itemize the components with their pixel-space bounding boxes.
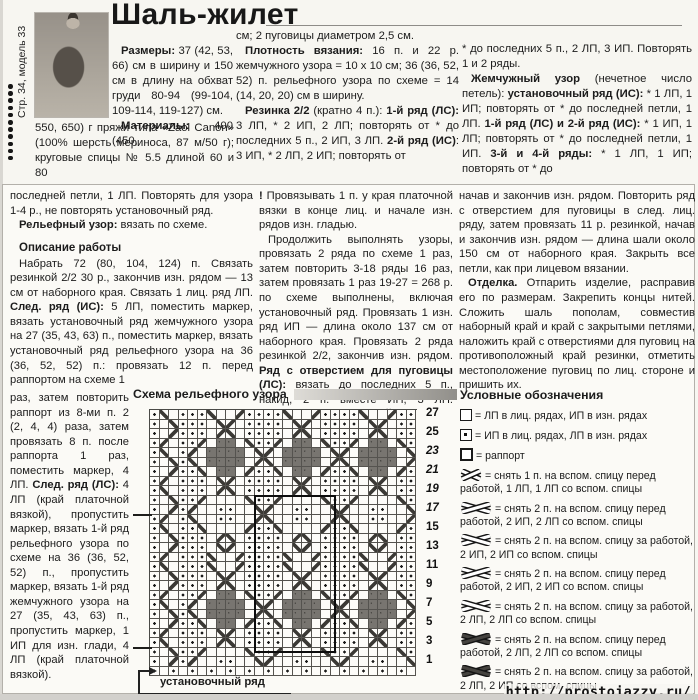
chart-cell (312, 543, 322, 553)
chart-cell (312, 458, 322, 468)
chart-cell (207, 467, 217, 477)
chart-cell (369, 667, 379, 677)
chart-cell (179, 591, 189, 601)
chart-cell (293, 524, 303, 534)
chart-cell (407, 524, 417, 534)
chart-cell (245, 543, 255, 553)
chart-cell (274, 610, 284, 620)
chart-cell (188, 410, 198, 420)
chart-cell (245, 524, 255, 534)
chart-cell (236, 486, 246, 496)
chart-cell (312, 486, 322, 496)
chart-cell (179, 562, 189, 572)
chart-cell (397, 477, 407, 487)
chart-cell (302, 629, 312, 639)
chart-cell (369, 515, 379, 525)
chart-cell (255, 448, 265, 458)
chart-cell (198, 467, 208, 477)
chart-cell (331, 600, 341, 610)
chart-cell (293, 467, 303, 477)
chart-cell (331, 505, 341, 515)
chart-cell (331, 515, 341, 525)
chart-cell (160, 420, 170, 430)
chart-cell (188, 600, 198, 610)
chart-cell (388, 591, 398, 601)
chart-cell (340, 648, 350, 658)
chart-cell (293, 600, 303, 610)
chart-cell (236, 534, 246, 544)
chart-cell (150, 420, 160, 430)
chart-cell (302, 667, 312, 677)
chart-cell (350, 534, 360, 544)
chart-row (150, 553, 417, 563)
chart-cell (236, 477, 246, 487)
chart-cell (274, 410, 284, 420)
chart-cell (245, 515, 255, 525)
chart-cell (388, 572, 398, 582)
chart-cell (255, 486, 265, 496)
chart-cell (207, 591, 217, 601)
chart-cell (207, 657, 217, 667)
chart-cell (226, 534, 236, 544)
chart-cell (331, 553, 341, 563)
chart-cell (283, 543, 293, 553)
chart-cell (378, 429, 388, 439)
chart-cell (378, 448, 388, 458)
chart-cell (302, 505, 312, 515)
chart-cell (169, 543, 179, 553)
chart-row-number: 17 (426, 504, 452, 514)
chart-cell (378, 657, 388, 667)
cable-2-back-filled-icon (460, 665, 492, 677)
chart-cell (245, 467, 255, 477)
chart-cell (264, 410, 274, 420)
chart-cell (236, 458, 246, 468)
chart-cell (331, 458, 341, 468)
chart-cell (264, 515, 274, 525)
chart-cell (331, 543, 341, 553)
chart-cell (359, 505, 369, 515)
chart-cell (217, 629, 227, 639)
chart-cell (359, 477, 369, 487)
chart-cell (293, 515, 303, 525)
chart-cell (169, 524, 179, 534)
paragraph: * до последних 5 п., 2 ЛП, 3 ИП. Повторя… (462, 42, 692, 72)
chart-row-number: 25 (426, 428, 452, 438)
chart-cell (369, 629, 379, 639)
chart-cell (198, 534, 208, 544)
chart-cell (331, 581, 341, 591)
chart-cell (245, 534, 255, 544)
chart-cell (331, 496, 341, 506)
chart-cell (369, 638, 379, 648)
chart-cell (274, 439, 284, 449)
chart-cell (150, 562, 160, 572)
chart-cell (321, 534, 331, 544)
chart-cell (321, 638, 331, 648)
chart-cell (207, 562, 217, 572)
chart-cell (245, 505, 255, 515)
chart-cell (359, 553, 369, 563)
chart-cell (340, 629, 350, 639)
chart-cell (378, 619, 388, 629)
chart-cell (331, 572, 341, 582)
chart-cell (188, 467, 198, 477)
symbol-legend: Условные обозначения = ЛП в лиц. рядах, … (460, 388, 695, 698)
chart-row (150, 429, 417, 439)
chart-cell (160, 572, 170, 582)
chart-cell (369, 439, 379, 449)
chart-cell (407, 619, 417, 629)
chart-cell (407, 439, 417, 449)
chart-row-number: 13 (426, 542, 452, 552)
chart-cell (179, 572, 189, 582)
chart-cell (226, 619, 236, 629)
chart-cell (179, 524, 189, 534)
chart-cell (188, 429, 198, 439)
chart-cell (369, 458, 379, 468)
chart-cell (312, 448, 322, 458)
chart-cell (264, 477, 274, 487)
chart-cell (255, 591, 265, 601)
chart-cell (359, 458, 369, 468)
chart-cell (217, 477, 227, 487)
chart-cell (236, 581, 246, 591)
chart-row (150, 420, 417, 430)
chart-cell (340, 524, 350, 534)
chart-cell (350, 486, 360, 496)
chart-cell (236, 543, 246, 553)
chart-cell (264, 543, 274, 553)
chart-cell (207, 534, 217, 544)
chart-cell (150, 581, 160, 591)
chart-cell (160, 562, 170, 572)
chart-cell (217, 657, 227, 667)
chart-cell (255, 467, 265, 477)
chart-cell (245, 619, 255, 629)
chart-cell (388, 524, 398, 534)
chart-cell (378, 553, 388, 563)
chart-cell (340, 410, 350, 420)
chart-cell (350, 648, 360, 658)
chart-cell (264, 657, 274, 667)
chart-cell (160, 458, 170, 468)
chart-cell (293, 610, 303, 620)
legend-item-text: = ЛП в лиц. рядах, ИП в изн. рядах (475, 410, 647, 422)
chart-cell (350, 581, 360, 591)
chart-cell (160, 591, 170, 601)
chart-cell (283, 619, 293, 629)
chart-cell (302, 591, 312, 601)
chart-cell (245, 648, 255, 658)
chart-cell (388, 477, 398, 487)
chart-cell (378, 648, 388, 658)
chart-cell (331, 420, 341, 430)
chart-cell (283, 629, 293, 639)
legend-item: = ИП в лиц. рядах, ЛП в изн. рядах (460, 429, 695, 443)
chart-cell (274, 581, 284, 591)
chart-cell (293, 562, 303, 572)
chart-cell (264, 562, 274, 572)
chart-cell (397, 429, 407, 439)
chart-cell (255, 572, 265, 582)
chart-cell (350, 638, 360, 648)
chart-cell (388, 648, 398, 658)
bullet-dot-icon (8, 149, 13, 154)
pattern-body: последней петли, 1 ЛП. Повторять для узо… (2, 184, 695, 694)
chart-cell (264, 667, 274, 677)
chart-cell (283, 667, 293, 677)
chart-cell (198, 420, 208, 430)
chart-row (150, 648, 417, 658)
chart-cell (236, 429, 246, 439)
chart-cell (397, 553, 407, 563)
chart-cell (388, 600, 398, 610)
chart-cell (369, 524, 379, 534)
chart-cell (179, 467, 189, 477)
chart-cell (274, 657, 284, 667)
chart-cell (350, 600, 360, 610)
chart-cell (217, 420, 227, 430)
chart-cell (217, 439, 227, 449)
chart-cell (274, 524, 284, 534)
chart-cell (179, 477, 189, 487)
chart-cell (407, 420, 417, 430)
bullet-dot-icon (8, 106, 13, 111)
rapport-square-icon (460, 448, 473, 461)
chart-cell (207, 410, 217, 420)
chart-cell (160, 619, 170, 629)
chart-cell (245, 629, 255, 639)
chart-row-number: 19 (426, 485, 452, 495)
chart-cell (369, 562, 379, 572)
chart-cell (321, 439, 331, 449)
chart-cell (198, 448, 208, 458)
chart-cell (198, 543, 208, 553)
chart-cell (350, 477, 360, 487)
chart-cell (179, 420, 189, 430)
chart-cell (350, 591, 360, 601)
chart-cell (369, 534, 379, 544)
chart-title: Схема рельефного узора (133, 387, 287, 401)
legend-item: = снять 2 п. на вспом. спицу перед работ… (460, 567, 695, 594)
chart-cell (312, 572, 322, 582)
chart-row (150, 534, 417, 544)
chart-cell (397, 410, 407, 420)
page-edge-bottom (0, 694, 698, 700)
chart-cell (378, 496, 388, 506)
chart-cell (188, 648, 198, 658)
chart-cell (160, 505, 170, 515)
chart-cell (150, 429, 160, 439)
chart-cell (160, 657, 170, 667)
chart-row-number: 23 (426, 447, 452, 457)
paragraph: Плотность вязания: 16 п. и 22 р. жемчужн… (236, 44, 459, 104)
chart-cell (340, 543, 350, 553)
chart-cell (264, 553, 274, 563)
chart-cell (245, 477, 255, 487)
chart-cell (350, 543, 360, 553)
chart-cell (293, 429, 303, 439)
chart-cell (217, 648, 227, 658)
chart-cell (150, 496, 160, 506)
chart-cell (198, 505, 208, 515)
chart-cell (407, 467, 417, 477)
chart-row (150, 439, 417, 449)
chart-cell (198, 657, 208, 667)
chart-cell (207, 553, 217, 563)
chart-cell (188, 458, 198, 468)
chart-cell (198, 496, 208, 506)
chart-cell (302, 467, 312, 477)
chart-cell (264, 448, 274, 458)
chart-cell (350, 496, 360, 506)
chart-row (150, 629, 417, 639)
chart-cell (397, 600, 407, 610)
chart-row-number: 7 (426, 599, 452, 609)
chart-cell (169, 458, 179, 468)
setup-row-label: установочный ряд (160, 676, 265, 688)
chart-cell (160, 410, 170, 420)
chart-cell (388, 534, 398, 544)
chart-cell (321, 429, 331, 439)
chart-cell (188, 591, 198, 601)
chart-cell (388, 667, 398, 677)
chart-cell (198, 619, 208, 629)
chart-cell (359, 524, 369, 534)
chart-cell (321, 505, 331, 515)
chart-cell (160, 581, 170, 591)
chart-cell (160, 629, 170, 639)
chart-row (150, 638, 417, 648)
chart-cell (407, 515, 417, 525)
chart-cell (350, 515, 360, 525)
chart-cell (331, 467, 341, 477)
chart-cell (207, 610, 217, 620)
chart-cell (150, 629, 160, 639)
chart-cell (397, 448, 407, 458)
chart-cell (407, 486, 417, 496)
chart-cell (179, 486, 189, 496)
chart-row (150, 515, 417, 525)
chart-cell (321, 448, 331, 458)
chart-cell (274, 648, 284, 658)
legend-title: Условные обозначения (460, 388, 695, 402)
chart-cell (264, 458, 274, 468)
chart-cell (378, 562, 388, 572)
chart-cell (169, 629, 179, 639)
chart-cell (245, 458, 255, 468)
chart-cell (350, 458, 360, 468)
chart-cell (217, 496, 227, 506)
chart-cell (321, 562, 331, 572)
title-rule (266, 25, 682, 26)
chart-cell (217, 610, 227, 620)
chart-cell (255, 553, 265, 563)
chart-row (150, 619, 417, 629)
chart-title-row: Схема рельефного узора (133, 387, 457, 401)
chart-cell (198, 515, 208, 525)
chart-cell (255, 429, 265, 439)
chart-cell (407, 638, 417, 648)
chart-cell (179, 543, 189, 553)
chart-cell (302, 619, 312, 629)
chart-cell (302, 496, 312, 506)
chart-cell (217, 638, 227, 648)
bullet-dot-icon (8, 120, 13, 125)
chart-cell (179, 600, 189, 610)
chart-cell (350, 562, 360, 572)
chart-cell (397, 629, 407, 639)
chart-cell (255, 496, 265, 506)
legend-item: = снять 2 п. на вспом. спицу перед работ… (460, 502, 695, 529)
chart-cell (378, 572, 388, 582)
chart-cell (340, 467, 350, 477)
chart-cell (378, 543, 388, 553)
chart-cell (312, 467, 322, 477)
chart-cell (283, 610, 293, 620)
chart-cell (312, 410, 322, 420)
chart-cell (407, 458, 417, 468)
chart-cell (397, 486, 407, 496)
chart-cell (312, 591, 322, 601)
chart-cell (350, 610, 360, 620)
chart-cell (160, 515, 170, 525)
chart-cell (207, 629, 217, 639)
chart-cell (331, 410, 341, 420)
chart-row (150, 562, 417, 572)
chart-cell (255, 420, 265, 430)
chart-cell (198, 600, 208, 610)
chart-cell (397, 638, 407, 648)
chart-cell (160, 439, 170, 449)
chart-row (150, 496, 417, 506)
chart-cell (264, 629, 274, 639)
chart-cell (198, 591, 208, 601)
chart-cell (236, 553, 246, 563)
chart-cell (293, 629, 303, 639)
chart-cell (359, 486, 369, 496)
bullet-dot-icon (8, 84, 13, 89)
chart-cell (312, 439, 322, 449)
chart-cell (312, 629, 322, 639)
chart-cell (207, 448, 217, 458)
chart-cell (388, 543, 398, 553)
chart-cell (321, 591, 331, 601)
chart-cell (350, 629, 360, 639)
chart-cell (188, 486, 198, 496)
cable-1-front-icon (460, 469, 482, 481)
chart-cell (245, 553, 255, 563)
chart-cell (207, 439, 217, 449)
chart-cell (407, 581, 417, 591)
legend-item: = ЛП в лиц. рядах, ИП в изн. рядах (460, 409, 695, 423)
chart-cell (160, 496, 170, 506)
work-description-start: Набрать 72 (80, 104, 124) п. Связать рез… (10, 257, 253, 388)
chart-cell (198, 429, 208, 439)
chart-cell (274, 420, 284, 430)
chart-cell (179, 638, 189, 648)
chart-cell (169, 420, 179, 430)
chart-cell (236, 657, 246, 667)
chart-cell (198, 524, 208, 534)
chart-cell (378, 486, 388, 496)
chart-cell (217, 543, 227, 553)
chart-cell (359, 515, 369, 525)
chart-cell (198, 439, 208, 449)
chart-cell (331, 657, 341, 667)
chart-cell (312, 610, 322, 620)
